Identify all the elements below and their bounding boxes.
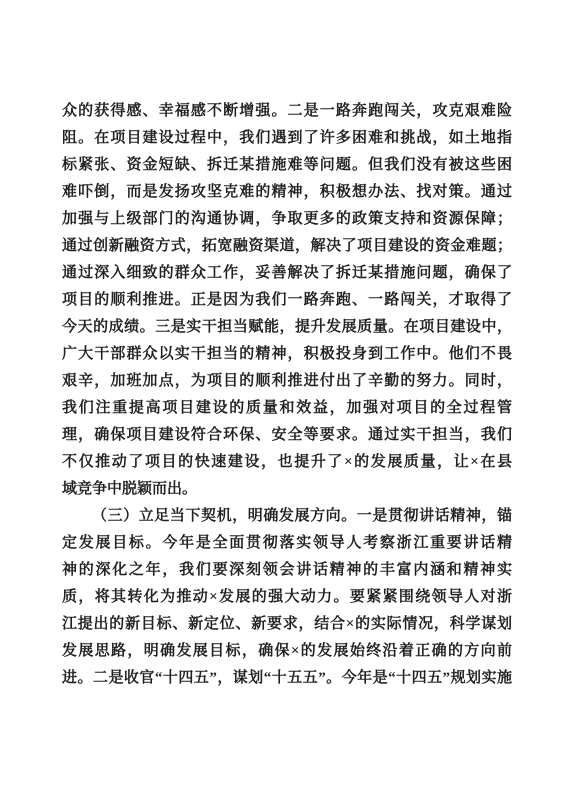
text-line: 江提出的新目标、新定位、新要求，结合×的实际情况，科学谋划 (62, 611, 512, 638)
text-line: 项目的顺利推进。正是因为我们一路奔跑、一路闯关，才取得了 (62, 287, 512, 314)
text-line: 不仅推动了项目的快速建设，也提升了×的发展质量，让×在县 (62, 449, 512, 476)
text-line: 标紧张、资金短缺、拆迁某措施难等问题。但我们没有被这些困 (62, 152, 512, 179)
text-line: 域竞争中脱颖而出。 (62, 476, 512, 503)
text-line: （三）立足当下契机，明确发展方向。一是贯彻讲话精神，锚 (62, 503, 512, 530)
text-line: 发展思路，明确发展目标，确保×的发展始终沿着正确的方向前 (62, 638, 512, 665)
text-line: 通过创新融资方式，拓宽融资渠道，解决了项目建设的资金难题； (62, 233, 512, 260)
text-line: 广大干部群众以实干担当的精神，积极投身到工作中。他们不畏 (62, 341, 512, 368)
text-line: 加强与上级部门的沟通协调，争取更多的政策支持和资源保障； (62, 206, 512, 233)
text-line: 定发展目标。今年是全面贯彻落实领导人考察浙江重要讲话精 (62, 530, 512, 557)
text-line: 我们注重提高项目建设的质量和效益，加强对项目的全过程管 (62, 395, 512, 422)
text-line: 艰辛，加班加点，为项目的顺利推进付出了辛勤的努力。同时， (62, 368, 512, 395)
text-line: 进。二是收官“十四五”，谋划“十五五”。今年是“十四五”规划实施 (62, 665, 512, 692)
text-line: 难吓倒，而是发扬攻坚克难的精神，积极想办法、找对策。通过 (62, 179, 512, 206)
text-line: 质，将其转化为推动×发展的强大动力。要紧紧围绕领导人对浙 (62, 584, 512, 611)
body-text: 众的获得感、幸福感不断增强。二是一路奔跑闯关，攻克艰难险阻。在项目建设过程中，我… (62, 98, 512, 692)
document-page: 众的获得感、幸福感不断增强。二是一路奔跑闯关，攻克艰难险阻。在项目建设过程中，我… (0, 0, 570, 807)
text-line: 今天的成绩。三是实干担当赋能，提升发展质量。在项目建设中， (62, 314, 512, 341)
text-line: 神的深化之年，我们要深刻领会讲话精神的丰富内涵和精神实 (62, 557, 512, 584)
text-line: 众的获得感、幸福感不断增强。二是一路奔跑闯关，攻克艰难险 (62, 98, 512, 125)
text-line: 阻。在项目建设过程中，我们遇到了许多困难和挑战，如土地指 (62, 125, 512, 152)
text-line: 通过深入细致的群众工作，妥善解决了拆迁某措施问题，确保了 (62, 260, 512, 287)
text-line: 理，确保项目建设符合环保、安全等要求。通过实干担当，我们 (62, 422, 512, 449)
